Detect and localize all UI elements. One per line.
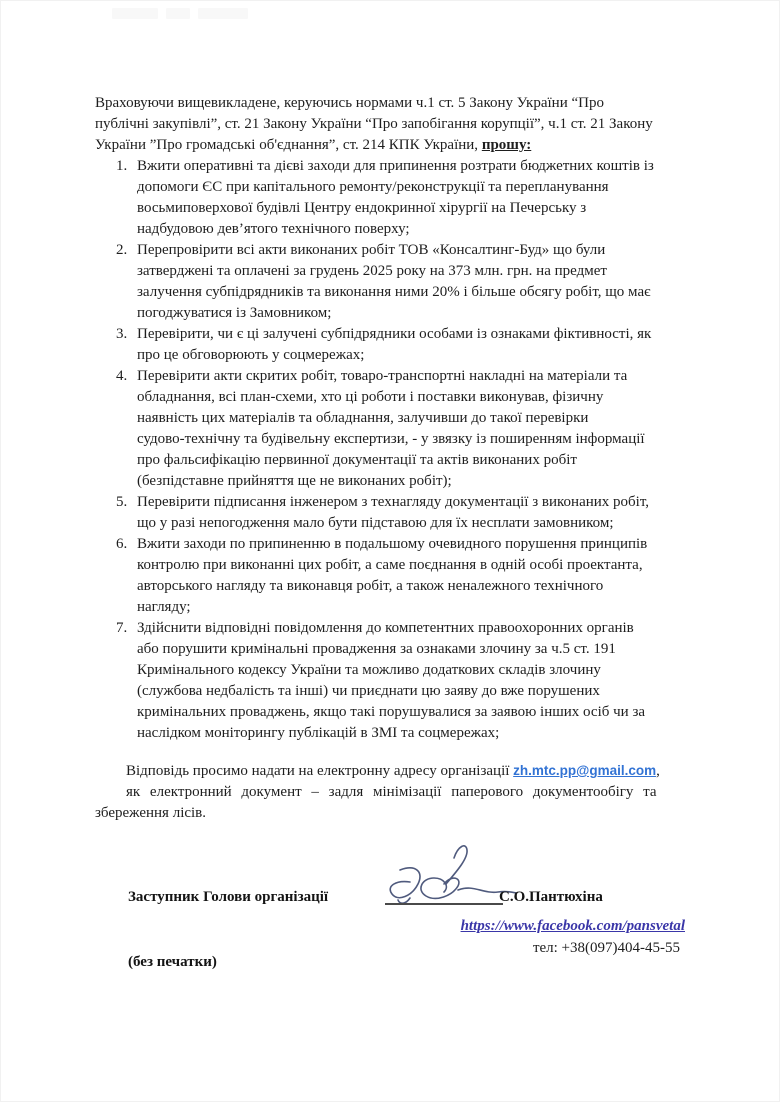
list-item-number: 6. (116, 534, 136, 555)
list-item-line: контролю при виконанні цих робіт, а саме… (137, 555, 693, 576)
list-item-line: нагляду; (137, 597, 693, 618)
list-item-number: 2. (116, 240, 136, 261)
signer-role: Заступник Голови організації (128, 889, 328, 906)
scan-artifact (112, 8, 158, 19)
list-item-line: Вжити заходи по припиненню в подальшому … (137, 534, 693, 555)
list-item: 3. Перевірити, чи є ці залучені субпідря… (95, 324, 693, 366)
intro-line-text: України ”Про громадські об'єднання”, ст.… (95, 137, 482, 153)
scan-artifact (166, 8, 190, 19)
list-item-number: 3. (116, 324, 136, 345)
list-item-line: Кримінального кодексу України та можливо… (137, 660, 693, 681)
request-word: прошу: (482, 137, 531, 153)
list-item-line: залучення субпідрядників та виконання ни… (137, 282, 693, 303)
signature-scribble (366, 842, 516, 906)
list-item-line: затверджені та оплачені за грудень 2025 … (137, 261, 693, 282)
list-item-line: восьмиповерхової будівлі Центру ендокрин… (137, 198, 693, 219)
list-item-line: що у разі непогодження мало бути підстав… (137, 513, 693, 534)
list-item: 6. Вжити заходи по припиненню в подальшо… (95, 534, 693, 618)
list-item-line: авторського нагляду та виконавця робіт, … (137, 576, 693, 597)
closing-text: Відповідь просимо надати на електронну а… (126, 763, 513, 779)
list-item-line: Перевірити підписання інженером з технаг… (137, 492, 693, 513)
list-item: 4. Перевірити акти скритих робіт, товаро… (95, 366, 693, 492)
signature-line (385, 903, 503, 905)
list-item-line: Перевірити акти скритих робіт, товаро-тр… (137, 366, 693, 387)
list-item-line: (службова недбалість та інші) чи приєдна… (137, 681, 693, 702)
list-item-number: 4. (116, 366, 136, 387)
list-item-line: погоджуватися із Замовником; (137, 303, 693, 324)
list-item-line: Перевірити, чи є ці залучені субпідрядни… (137, 324, 693, 345)
phone-number: тел: +38(097)404-45-55 (533, 940, 680, 957)
list-item: 7. Здійснити відповідні повідомлення до … (95, 618, 693, 744)
closing-line: збереження лісів. (95, 803, 693, 824)
list-item: 2. Перепровірити всі акти виконаних робі… (95, 240, 693, 324)
list-item-number: 5. (116, 492, 136, 513)
list-item-line: про фальсифікацію первинної документації… (137, 450, 693, 471)
list-item-line: Вжити оперативні та дієві заходи для при… (137, 156, 693, 177)
intro-line: публічні закупівлі”, ст. 21 Закону Украї… (95, 114, 693, 135)
email-link[interactable]: zh.mtc.pp@gmail.com (513, 763, 656, 778)
scan-artifact (198, 8, 248, 19)
intro-line: Враховуючи вищевикладене, керуючись норм… (95, 93, 693, 114)
signer-name: С.О.Пантюхіна (499, 889, 603, 906)
list-item-line: судово-технічну та будівельну експертизи… (137, 429, 693, 450)
closing-line: як електронний документ – задля мініміза… (126, 782, 693, 803)
paragraph-gap (95, 744, 693, 760)
list-item: 1. Вжити оперативні та дієві заходи для … (95, 156, 693, 240)
list-item-line: (безпідставне прийняття ще не виконаних … (137, 471, 693, 492)
closing-line: Відповідь просимо надати на електронну а… (126, 760, 693, 782)
document-page: Враховуючи вищевикладене, керуючись норм… (0, 0, 780, 1102)
letter-body: Враховуючи вищевикладене, керуючись норм… (95, 93, 693, 824)
list-item-line: наявність цих матеріалів та обладнання, … (137, 408, 693, 429)
list-item-line: Перепровірити всі акти виконаних робіт Т… (137, 240, 693, 261)
list-item-number: 7. (116, 618, 136, 639)
facebook-link[interactable]: https://www.facebook.com/pansvetal (461, 918, 685, 935)
list-item-line: обладнання, всі план-схеми, хто ці робот… (137, 387, 693, 408)
list-item-line: допомоги ЄС при капітального ремонту/рек… (137, 177, 693, 198)
list-item-line: надбудовою дев’ятого технічного поверху; (137, 219, 693, 240)
no-stamp-note: (без печатки) (128, 954, 217, 971)
intro-line: України ”Про громадські об'єднання”, ст.… (95, 135, 693, 156)
list-item-number: 1. (116, 156, 136, 177)
list-item-line: кримінальних проваджень, якщо такі поруш… (137, 702, 693, 723)
list-item-line: наслідком моніторингу публікацій в ЗМІ т… (137, 723, 693, 744)
list-item-line: або порушити кримінальні провадження за … (137, 639, 693, 660)
list-item-line: Здійснити відповідні повідомлення до ком… (137, 618, 693, 639)
list-item: 5. Перевірити підписання інженером з тех… (95, 492, 693, 534)
list-item-line: про це обговорюють у соцмережах; (137, 345, 693, 366)
closing-text: , (656, 763, 660, 779)
